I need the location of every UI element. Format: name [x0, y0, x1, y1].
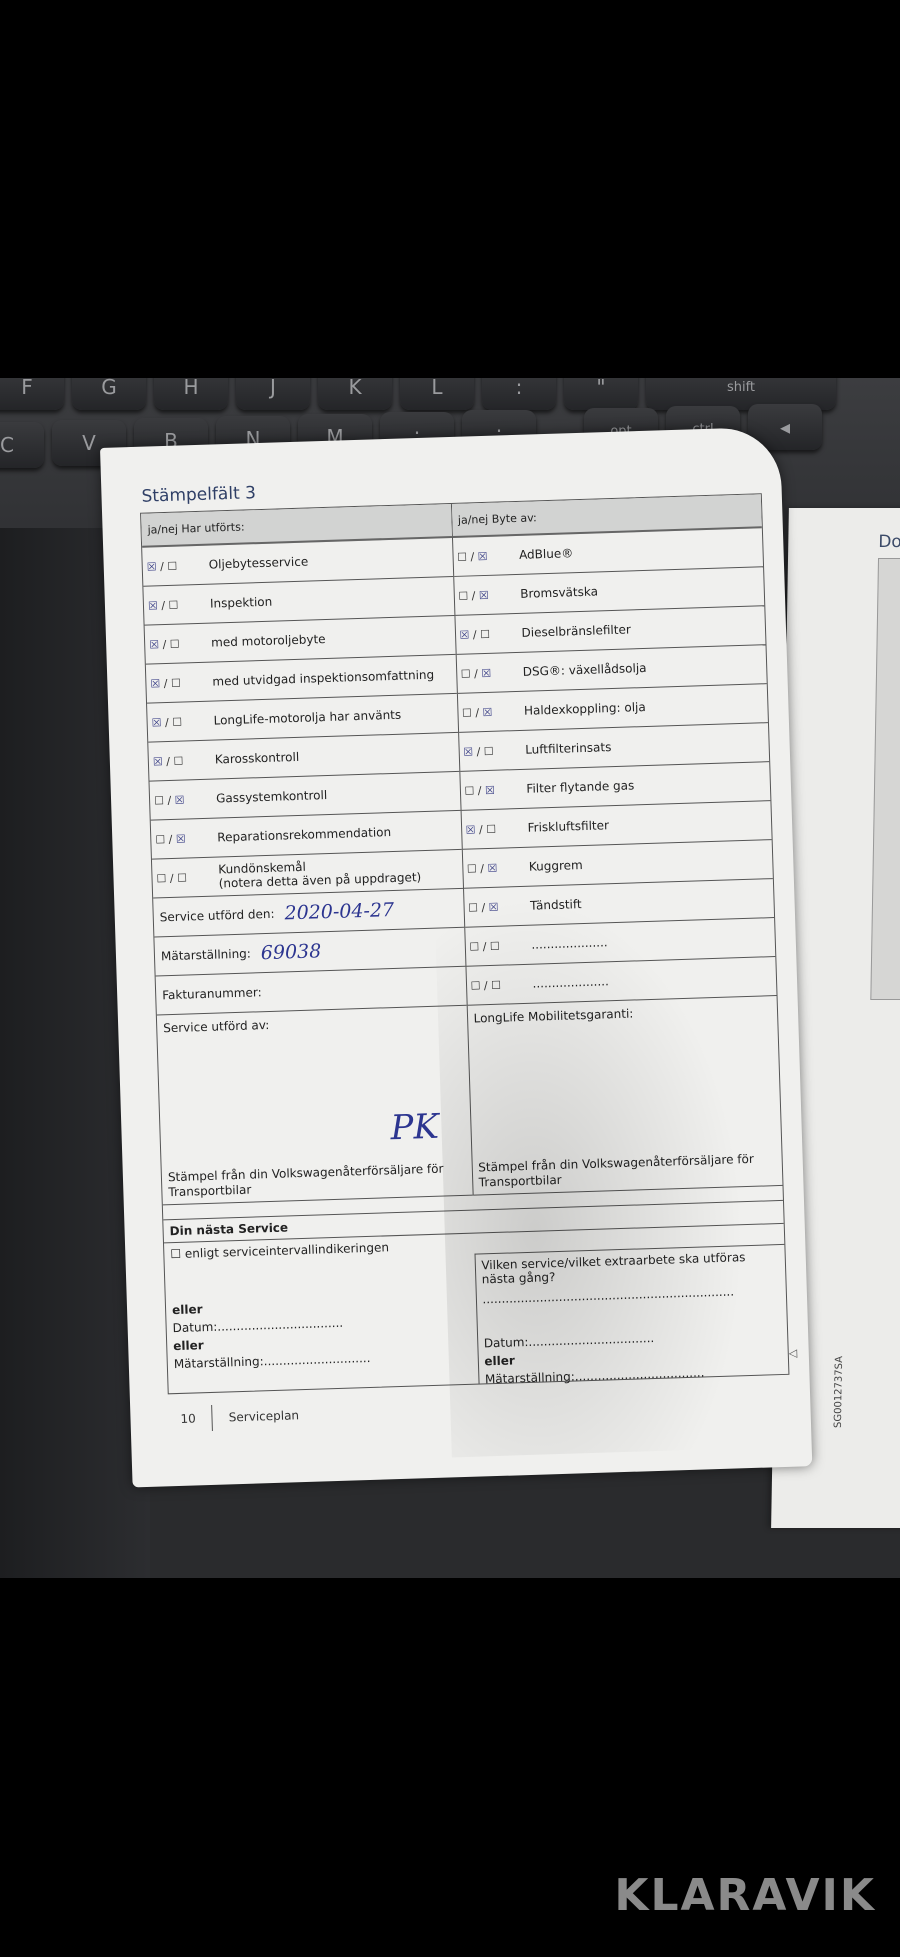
performed-by-box[interactable]: Service utförd av: PK Stämpel från din V… [157, 1006, 472, 1206]
next-service-right: Vilken service/vilket extraarbete ska ut… [474, 1244, 788, 1384]
stamp-right-label: Stämpel från din Volkswagenåterförsäljar… [478, 1151, 776, 1190]
odometer-value: 69038 [260, 940, 321, 964]
replaced-label: .................... [516, 974, 609, 991]
interval-option-label: enligt serviceintervallindikeringen [185, 1240, 389, 1260]
adjacent-page-box [870, 558, 900, 1000]
stamp-left-label: Stämpel från din Volkswagenåterförsäljar… [168, 1161, 466, 1200]
ja-nej-checkbox[interactable]: ☒ / ☐ [150, 676, 196, 690]
replaced-label: AdBlue® [503, 546, 574, 563]
signature: PK [390, 1107, 440, 1148]
page-title: Stämpelfält 3 [141, 483, 256, 507]
ja-nej-checkbox[interactable]: ☒ / ☐ [147, 559, 193, 573]
adjacent-page-title: Dok [878, 532, 900, 552]
key-:: : [482, 378, 556, 410]
replaced-label: .................... [515, 935, 608, 952]
key-K: K [318, 378, 392, 410]
page-number: 10 [180, 1411, 196, 1425]
replaced-label: Dieselbränslefilter [505, 622, 631, 640]
performed-label: Reparationsrekommendation [201, 825, 391, 845]
ja-nej-checkbox[interactable]: ☒ / ☐ [463, 744, 509, 758]
continue-arrow-icon: ◁ [789, 1347, 798, 1360]
key-F: F [0, 378, 64, 410]
performed-label: LongLife-motorolja har använts [197, 707, 401, 728]
next-date-field[interactable]: Datum:................................. [172, 1316, 343, 1335]
page-footer: 10 Serviceplan [180, 1402, 299, 1432]
next-date-field-right[interactable]: Datum:................................. [484, 1331, 655, 1350]
ja-nej-checkbox[interactable]: ☐ / ☒ [464, 783, 510, 797]
next-service-left: ☐ enligt serviceintervallindikeringen el… [164, 1234, 478, 1394]
next-odometer-field[interactable]: Mätarställning:.........................… [174, 1351, 371, 1371]
ja-nej-checkbox[interactable]: ☐ / ☒ [154, 793, 200, 807]
replaced-label: Tändstift [514, 897, 582, 914]
photo: FGHJKL:"shiftCVBNM;:optctrl◂ Dok SG00127… [0, 378, 900, 1578]
performed-label: Gassystemkontroll [200, 788, 328, 806]
next-odometer-field-right[interactable]: Mätarställning:.........................… [485, 1365, 705, 1386]
ja-nej-checkbox[interactable]: ☐ / ☒ [461, 666, 507, 680]
performed-label: Kundönskemål (notera detta även på uppdr… [202, 856, 421, 892]
document-code: SG0012737SA [833, 1356, 845, 1428]
key-L: L [400, 378, 474, 410]
ja-nej-checkbox[interactable]: ☐ / ☐ [156, 870, 202, 884]
watermark-logo: KLARAVIK [614, 1870, 876, 1921]
ja-nej-checkbox[interactable]: ☐ / ☒ [457, 549, 503, 563]
ja-nej-checkbox[interactable]: ☒ / ☐ [149, 637, 195, 651]
invoice-label: Fakturanummer: [162, 985, 262, 1002]
next-work-answer[interactable]: ........................................… [482, 1283, 780, 1306]
performed-label: Inspektion [194, 594, 273, 611]
mobility-box[interactable]: LongLife Mobilitetsgaranti: Stämpel från… [467, 996, 782, 1196]
ja-nej-checkbox[interactable]: ☐ / ☒ [467, 861, 513, 875]
odometer-label: Mätarställning: [161, 947, 251, 964]
ja-nej-checkbox[interactable]: ☒ / ☐ [465, 822, 511, 836]
footer-divider [211, 1405, 213, 1431]
eller-label: eller [172, 1302, 203, 1317]
key-H: H [154, 378, 228, 410]
performed-by-label: Service utförd av: [163, 1012, 461, 1035]
ja-nej-checkbox[interactable]: ☒ / ☐ [148, 598, 194, 612]
replaced-label: Filter flytande gas [510, 778, 634, 796]
performed-label: Karosskontroll [199, 750, 300, 768]
section-name: Serviceplan [229, 1408, 300, 1424]
ja-nej-checkbox[interactable]: ☐ / ☒ [458, 588, 504, 602]
service-form: ja/nej Har utförts: ☒ / ☐Oljebytesservic… [140, 493, 789, 1394]
performed-label: med motoroljebyte [195, 632, 326, 650]
ja-nej-checkbox[interactable]: ☐ / ☒ [155, 832, 201, 846]
key-": " [564, 378, 638, 410]
ja-nej-checkbox[interactable]: ☐ / ☒ [462, 705, 508, 719]
ja-nej-checkbox[interactable]: ☐ / ☐ [470, 978, 516, 992]
service-date-label: Service utförd den: [160, 907, 275, 925]
eller-label-2: eller [173, 1338, 204, 1353]
ja-nej-checkbox[interactable]: ☒ / ☐ [153, 754, 199, 768]
replaced-label: Kuggrem [513, 858, 583, 875]
key-J: J [236, 378, 310, 410]
ja-nej-checkbox[interactable]: ☐ / ☒ [468, 900, 514, 914]
checkbox-icon[interactable]: ☐ [170, 1247, 185, 1261]
performed-label: Oljebytesservice [192, 554, 308, 572]
performed-label: med utvidgad inspektionsomfattning [196, 667, 434, 689]
service-date-value: 2020-04-27 [284, 899, 394, 924]
eller-label-right: eller [484, 1353, 515, 1368]
ja-nej-checkbox[interactable]: ☒ / ☐ [459, 627, 505, 641]
interval-option[interactable]: ☐ enligt serviceintervallindikeringen [170, 1238, 468, 1261]
performed-column: ja/nej Har utförts: ☒ / ☐Oljebytesservic… [141, 504, 473, 1205]
key-C: C [0, 422, 44, 468]
booklet-page: Stämpelfält 3 ja/nej Har utförts: ☒ / ☐O… [100, 427, 812, 1488]
mobility-label: LongLife Mobilitetsgaranti: [473, 1002, 771, 1025]
next-service-section: Din nästa Service ☐ enligt serviceinterv… [163, 1200, 788, 1393]
next-work-question: Vilken service/vilket extraarbete ska ut… [481, 1249, 779, 1286]
replaced-label: Haldexkoppling: olja [508, 700, 646, 719]
replaced-column: ja/nej Byte av: ☐ / ☒AdBlue®☐ / ☒Bromsvä… [451, 494, 782, 1195]
replaced-label: DSG®: växellådsolja [507, 661, 647, 680]
key-G: G [72, 378, 146, 410]
replaced-label: Luftfilterinsats [509, 740, 612, 758]
ja-nej-checkbox[interactable]: ☒ / ☐ [151, 715, 197, 729]
replaced-label: Friskluftsfilter [511, 818, 609, 835]
ja-nej-checkbox[interactable]: ☐ / ☐ [469, 939, 515, 953]
replaced-label: Bromsvätska [504, 584, 598, 601]
